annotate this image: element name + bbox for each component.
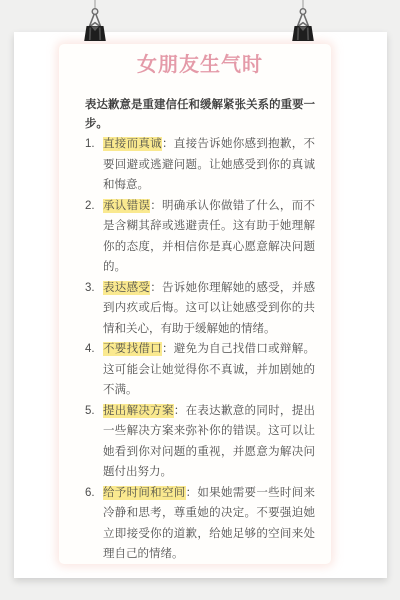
clip-body-sheen: [90, 28, 91, 41]
advice-card: 女朋友生气时 表达歉意是重建信任和缓解紧张关系的重要一步。 1. 直接而真诚：直…: [14, 32, 387, 578]
poster-stage: 女朋友生气时 表达歉意是重建信任和缓解紧张关系的重要一步。 1. 直接而真诚：直…: [0, 0, 400, 600]
list-item: 5. 提出解决方案：在表达歉意的同时，提出一些解决方案来弥补你的错误。这可以让她…: [85, 401, 315, 483]
keyword-colon: ：: [162, 343, 174, 355]
item-text: 表达感受：告诉她你理解她的感受，并感到内疚或后悔。这可以让她感受到你的共情和关心…: [103, 278, 315, 340]
clip-wire-knot: [92, 9, 98, 15]
keyword-highlight: 直接而真诚: [103, 137, 162, 151]
list-item: 3. 表达感受：告诉她你理解她的感受，并感到内疚或后悔。这可以让她感受到你的共情…: [85, 278, 315, 340]
item-number: 6.: [85, 483, 103, 504]
keyword-highlight: 提出解决方案: [103, 404, 174, 418]
keyword-highlight: 承认错误: [103, 199, 150, 213]
item-text: 不要找借口：避免为自己找借口或辩解。这可能会让她觉得你不真诚，并加剧她的不满。: [103, 339, 315, 401]
card-content: 女朋友生气时 表达歉意是重建信任和缓解紧张关系的重要一步。 1. 直接而真诚：直…: [85, 32, 315, 565]
list-item: 2. 承认错误：明确承认你做错了什么，而不是含糊其辞或逃避责任。这有助于她理解你…: [85, 196, 315, 278]
item-number: 2.: [85, 196, 103, 217]
item-number: 5.: [85, 401, 103, 422]
keyword-colon: ：: [186, 487, 198, 499]
binder-clip-icon: [285, 0, 321, 48]
keyword-colon: ：: [150, 282, 162, 294]
item-number: 4.: [85, 339, 103, 360]
item-number: 3.: [85, 278, 103, 299]
item-text: 给予时间和空间：如果她需要一些时间来冷静和思考，尊重她的决定。不要强迫她立即接受…: [103, 483, 315, 565]
item-text: 直接而真诚：直接告诉她你感到抱歉，不要回避或逃避问题。让她感受到你的真诚和悔意。: [103, 134, 315, 196]
item-text: 提出解决方案：在表达歉意的同时，提出一些解决方案来弥补你的错误。这可以让她看到你…: [103, 401, 315, 483]
keyword-colon: ：: [150, 200, 162, 212]
item-number: 1.: [85, 134, 103, 155]
keyword-highlight: 不要找借口: [103, 342, 162, 356]
clip-body-sheen: [308, 28, 309, 41]
keyword-colon: ：: [174, 405, 186, 417]
advice-list: 1. 直接而真诚：直接告诉她你感到抱歉，不要回避或逃避问题。让她感受到你的真诚和…: [85, 134, 315, 565]
clip-wire-knot: [300, 9, 306, 15]
clip-body-sheen: [100, 28, 101, 41]
item-text: 承认错误：明确承认你做错了什么，而不是含糊其辞或逃避责任。这有助于她理解你的态度…: [103, 196, 315, 278]
keyword-colon: ：: [162, 138, 174, 150]
keyword-highlight: 表达感受: [103, 281, 150, 295]
clip-body-sheen: [298, 28, 299, 41]
intro-text: 表达歉意是重建信任和缓解紧张关系的重要一步。: [85, 96, 315, 134]
keyword-highlight: 给予时间和空间: [103, 486, 186, 500]
list-item: 6. 给予时间和空间：如果她需要一些时间来冷静和思考，尊重她的决定。不要强迫她立…: [85, 483, 315, 565]
binder-clip-icon: [77, 0, 113, 48]
list-item: 4. 不要找借口：避免为自己找借口或辩解。这可能会让她觉得你不真诚，并加剧她的不…: [85, 339, 315, 401]
list-item: 1. 直接而真诚：直接告诉她你感到抱歉，不要回避或逃避问题。让她感受到你的真诚和…: [85, 134, 315, 196]
page-title: 女朋友生气时: [85, 55, 315, 76]
